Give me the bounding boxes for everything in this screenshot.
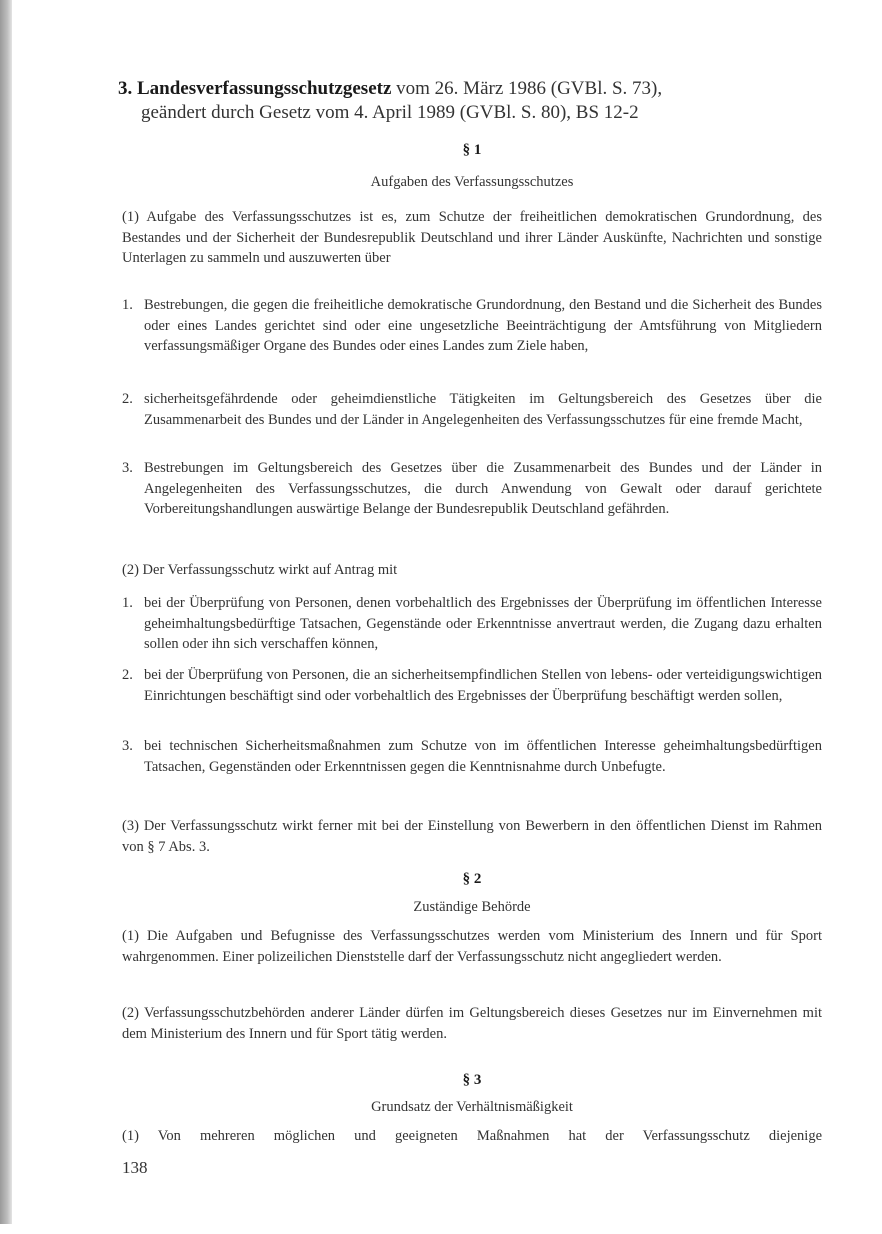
list-item: 2. sicherheitsgefährdende oder geheimdie… (122, 389, 822, 430)
list-item: 1. bei der Überprüfung von Personen, den… (122, 593, 822, 655)
list-item: 3. bei technischen Sicherheitsmaßnahmen … (122, 736, 822, 777)
section-1-paragraph-3: (3) Der Verfassungsschutz wirkt ferner m… (122, 816, 822, 857)
page-number: 138 (122, 1158, 148, 1178)
law-amendment-note: geändert durch Gesetz vom 4. April 1989 … (118, 101, 830, 125)
page-binding-edge (0, 0, 12, 1224)
list-item-text: bei der Überprüfung von Personen, denen … (144, 593, 822, 655)
law-title-date: vom 26. März 1986 (GVBl. S. 73), (391, 78, 662, 99)
section-title-3: Grundsatz der Verhältnismäßigkeit (122, 1099, 822, 1116)
section-1-paragraph-2: (2) Der Verfassungsschutz wirkt auf Antr… (122, 560, 822, 581)
list-item-text: Bestrebungen, die gegen die freiheitlich… (144, 295, 822, 357)
list-item: 3. Bestrebungen im Geltungsbereich des G… (122, 458, 822, 520)
section-heading-2: § 2 (122, 871, 822, 888)
section-3-paragraph-1: (1) Von mehreren möglichen und geeignete… (122, 1126, 822, 1147)
list-item: 2. bei der Überprüfung von Personen, die… (122, 665, 822, 706)
list-item-text: Bestrebungen im Geltungsbereich des Gese… (144, 458, 822, 520)
list-item-number: 1. (122, 593, 133, 614)
list-item-number: 2. (122, 389, 133, 410)
section-title-2: Zuständige Behörde (122, 899, 822, 916)
law-title: 3. Landesverfassungsschutzgesetz vom 26.… (118, 77, 830, 125)
list-item-text: bei der Überprüfung von Personen, die an… (144, 665, 822, 706)
list-item-text: bei technischen Sicherheitsmaßnahmen zum… (144, 736, 822, 777)
list-item-text: sicherheitsgefährdende oder geheimdienst… (144, 389, 822, 430)
list-item: 1. Bestrebungen, die gegen die freiheitl… (122, 295, 822, 357)
law-number: 3. (118, 78, 132, 99)
list-item-number: 3. (122, 736, 133, 757)
section-1-paragraph-1: (1) Aufgabe des Verfassungsschutzes ist … (122, 207, 822, 269)
section-heading-1: § 1 (122, 142, 822, 159)
section-2-paragraph-1: (1) Die Aufgaben und Befugnisse des Verf… (122, 926, 822, 967)
list-item-number: 1. (122, 295, 133, 316)
law-name: Landesverfassungsschutzgesetz (137, 78, 391, 99)
list-item-number: 2. (122, 665, 133, 686)
list-item-number: 3. (122, 458, 133, 479)
section-title-1: Aufgaben des Verfassungsschutzes (122, 174, 822, 191)
section-heading-3: § 3 (122, 1072, 822, 1089)
section-2-paragraph-2: (2) Verfassungsschutzbehörden anderer Lä… (122, 1003, 822, 1044)
